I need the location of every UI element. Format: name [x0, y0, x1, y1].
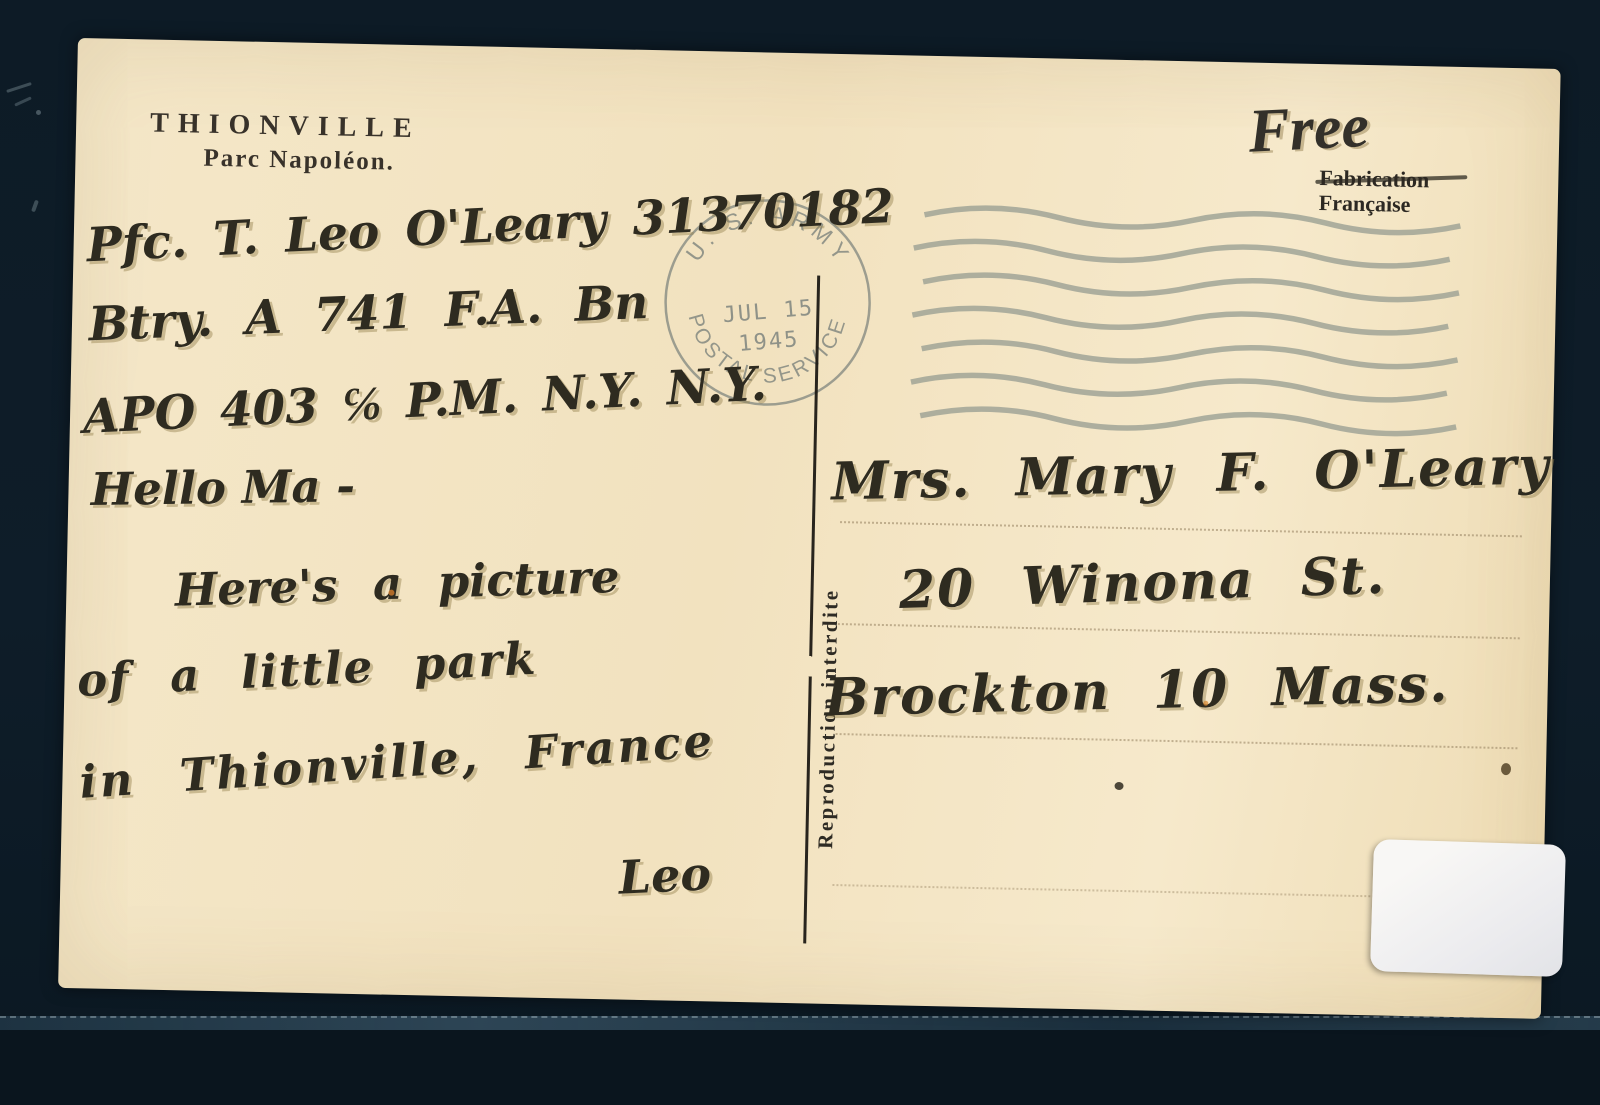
ink-spot: [1114, 782, 1123, 790]
rust-speck: [388, 590, 394, 596]
card-title: THIONVILLE: [150, 108, 421, 146]
address-line-street: 20 Winona St.: [898, 545, 1387, 621]
postmark-date-line1: JUL 15: [722, 296, 815, 329]
background-speck: [36, 110, 41, 115]
message-line-body2: of a little park: [76, 632, 539, 707]
address-rule: [836, 733, 1518, 749]
ink-spot: [1501, 763, 1511, 775]
postcard-back: THIONVILLE Parc Napoléon. Free Fabricati…: [58, 38, 1561, 1019]
rust-speck: [1203, 701, 1208, 706]
scanned-postcard-photo: THIONVILLE Parc Napoléon. Free Fabricati…: [0, 0, 1600, 1105]
cancellation-wave: [912, 307, 1448, 334]
message-line-body3: in Thionville, France: [78, 714, 717, 809]
cancellation-wave: [920, 408, 1456, 435]
free-frank-handwriting: Free: [1247, 91, 1371, 168]
background-scratch-line: [0, 1016, 1600, 1030]
cancellation-wave: [924, 207, 1460, 234]
cancellation-wave: [922, 341, 1458, 368]
message-line-unit: Btry. A 741 F.A. Bn: [87, 275, 649, 352]
postmark-date: JUL 15 1945: [722, 296, 818, 358]
message-line-apo: APO 403 ℅ P.M. N.Y. N.Y.: [82, 357, 768, 445]
background-scratch: [6, 82, 32, 93]
fabrication-line1: Fabrication: [1319, 166, 1429, 193]
message-line-greeting: Hello Ma -: [90, 459, 355, 516]
background-scratch: [14, 96, 32, 106]
message-line-body1: Here's a picture: [174, 550, 620, 617]
background-scratch: [31, 200, 39, 213]
cancellation-wave: [911, 374, 1447, 401]
address-rule: [838, 623, 1520, 639]
message-signature: Leo: [617, 846, 712, 904]
address-rule: [840, 521, 1522, 537]
cancellation-wave: [923, 274, 1459, 301]
background-lower-band: [0, 1030, 1600, 1105]
card-subtitle: Parc Napoléon.: [203, 145, 395, 177]
blank-sticker: [1370, 839, 1566, 977]
cancellation-wave: [914, 240, 1450, 267]
postmark-date-line2: 1945: [737, 327, 800, 357]
address-line-city: Brockton 10 Mass.: [824, 653, 1450, 728]
cancellation-wavy-lines: [920, 201, 1470, 457]
address-line-name: Mrs. Mary F. O'Leary: [831, 435, 1552, 512]
